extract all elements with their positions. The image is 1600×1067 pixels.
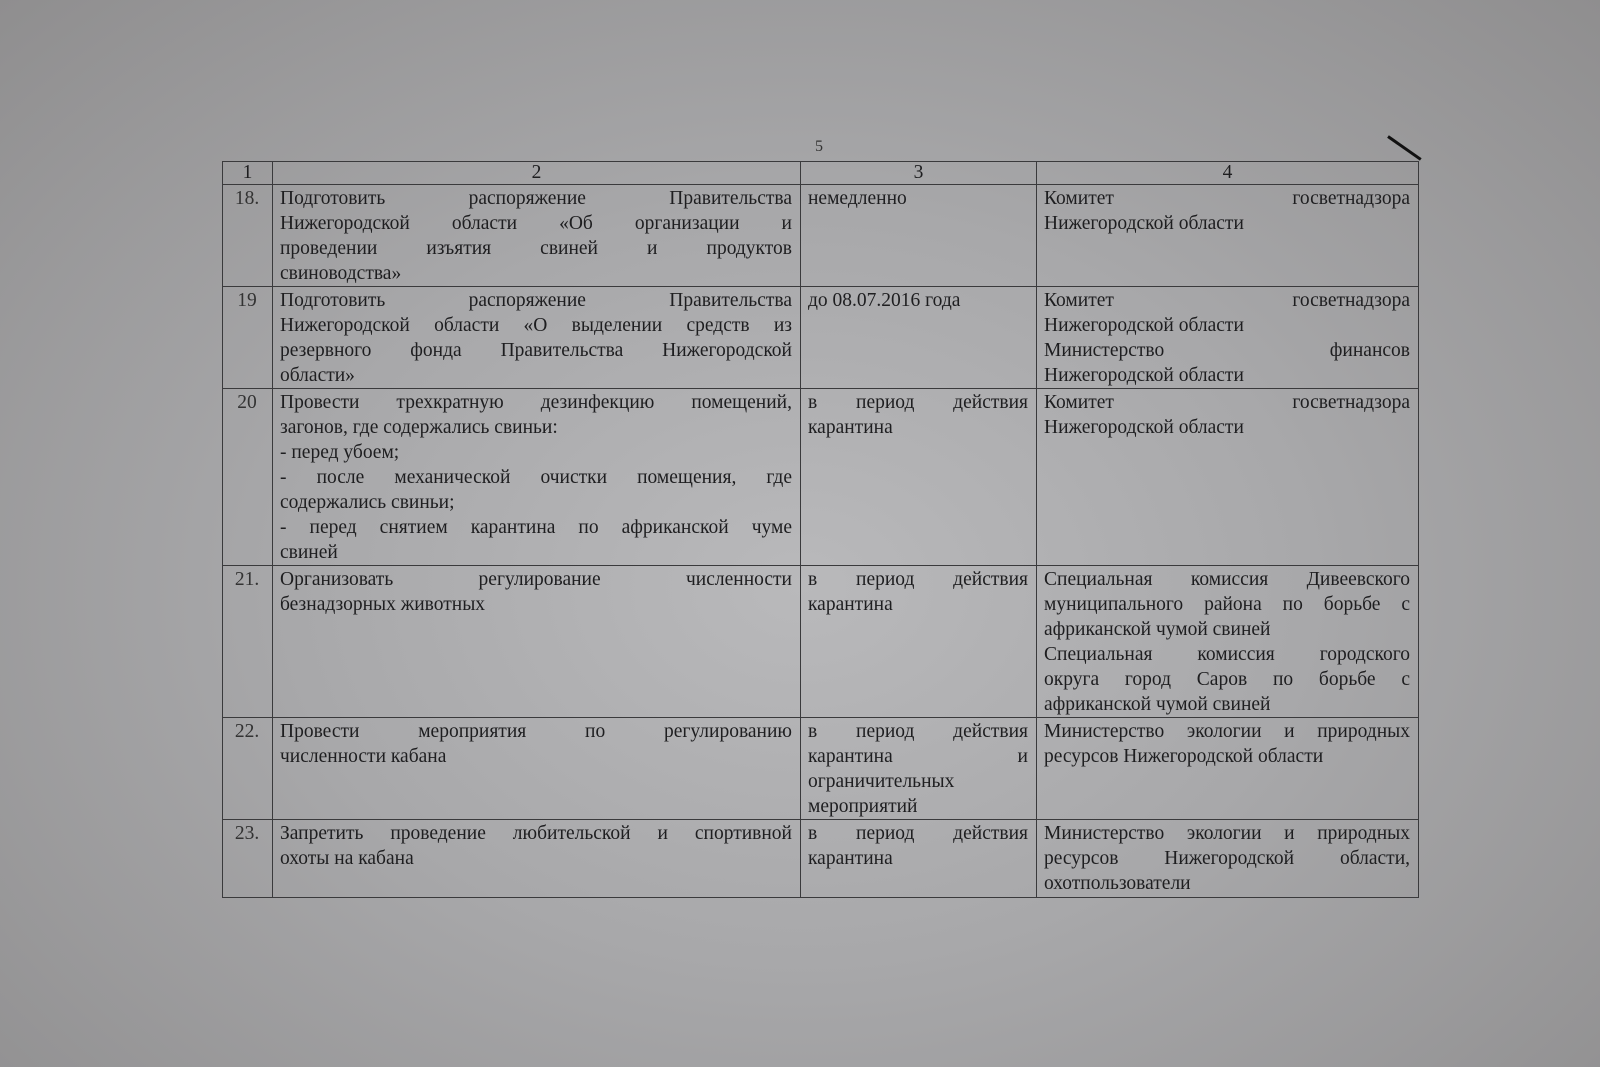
cell-text-line: Специальная комиссия Дивеевского [1044, 567, 1410, 592]
cell-text-line: - перед убоем; [280, 440, 792, 465]
cell-text-line: ресурсов Нижегородской области [1044, 744, 1410, 769]
row-number: 23. [223, 820, 273, 898]
cell-text-line: в период действия [808, 719, 1028, 744]
deadline-cell: в период действиякарантина [801, 566, 1037, 718]
cell-text-line: Организовать регулирование численности [280, 567, 792, 592]
cell-text-line: области» [280, 363, 792, 388]
cell-text-line: - после механической очистки помещения, … [280, 465, 792, 490]
cell-text-line: проведении изъятия свиней и продуктов [280, 236, 792, 261]
cell-text-line: - перед снятием карантина по африканской… [280, 515, 792, 540]
cell-text-line: Комитет госветнадзора [1044, 288, 1410, 313]
deadline-cell: в период действиякарантина иограничитель… [801, 718, 1037, 820]
action-cell: Провести трехкратную дезинфекцию помещен… [273, 389, 801, 566]
cell-text-line: Подготовить распоряжение Правительства [280, 288, 792, 313]
table-row: 18.Подготовить распоряжение Правительств… [223, 185, 1419, 287]
cell-text-line: резервного фонда Правительства Нижегород… [280, 338, 792, 363]
cell-text-line: в период действия [808, 821, 1028, 846]
responsible-cell: Специальная комиссия Дивеевскогомуниципа… [1037, 566, 1419, 718]
cell-text-line: свиней [280, 540, 792, 565]
action-cell: Подготовить распоряжение ПравительстваНи… [273, 185, 801, 287]
cell-text-line: Нижегородской области «О выделении средс… [280, 313, 792, 338]
pen-mark [1387, 135, 1421, 160]
responsible-cell: Комитет госветнадзораНижегородской облас… [1037, 287, 1419, 389]
responsible-cell: Министерство экологии и природныхресурсо… [1037, 820, 1419, 898]
cell-text-line: загонов, где содержались свиньи: [280, 415, 792, 440]
cell-text-line: Комитет госветнадзора [1044, 390, 1410, 415]
header-col-2: 2 [273, 162, 801, 185]
table-row: 21.Организовать регулирование численност… [223, 566, 1419, 718]
action-cell: Запретить проведение любительской и спор… [273, 820, 801, 898]
table-row: 22.Провести мероприятия по регулированию… [223, 718, 1419, 820]
row-number: 22. [223, 718, 273, 820]
header-col-1: 1 [223, 162, 273, 185]
cell-text-line: африканской чумой свиней [1044, 617, 1410, 642]
action-cell: Провести мероприятия по регулированиючис… [273, 718, 801, 820]
measures-table: 1 2 3 4 18.Подготовить распоряжение Прав… [222, 161, 1419, 898]
cell-text-line: округа город Саров по борьбе с [1044, 667, 1410, 692]
cell-text-line: карантина [808, 846, 1028, 871]
cell-text-line: карантина [808, 592, 1028, 617]
table-row: 20Провести трехкратную дезинфекцию помещ… [223, 389, 1419, 566]
cell-text-line: ресурсов Нижегородской области, [1044, 846, 1410, 871]
cell-text-line: карантина [808, 415, 1028, 440]
cell-text-line: ограничительных [808, 769, 1028, 794]
cell-text-line: численности кабана [280, 744, 792, 769]
cell-text-line: Нижегородской области «Об организации и [280, 211, 792, 236]
cell-text-line: Министерство финансов [1044, 338, 1410, 363]
responsible-cell: Комитет госветнадзораНижегородской облас… [1037, 389, 1419, 566]
responsible-cell: Комитет госветнадзораНижегородской облас… [1037, 185, 1419, 287]
cell-text-line: Специальная комиссия городского [1044, 642, 1410, 667]
cell-text-line: безнадзорных животных [280, 592, 792, 617]
cell-text-line: Запретить проведение любительской и спор… [280, 821, 792, 846]
responsible-cell: Министерство экологии и природныхресурсо… [1037, 718, 1419, 820]
cell-text-line: Провести трехкратную дезинфекцию помещен… [280, 390, 792, 415]
cell-text-line: Провести мероприятия по регулированию [280, 719, 792, 744]
deadline-cell: до 08.07.2016 года [801, 287, 1037, 389]
cell-text-line: Нижегородской области [1044, 313, 1410, 338]
action-cell: Подготовить распоряжение ПравительстваНи… [273, 287, 801, 389]
cell-text-line: муниципального района по борьбе с [1044, 592, 1410, 617]
table-header-row: 1 2 3 4 [223, 162, 1419, 185]
cell-text-line: свиноводства» [280, 261, 792, 286]
header-col-4: 4 [1037, 162, 1419, 185]
deadline-cell: в период действиякарантина [801, 820, 1037, 898]
cell-text-line: Министерство экологии и природных [1044, 821, 1410, 846]
row-number: 20 [223, 389, 273, 566]
deadline-cell: в период действиякарантина [801, 389, 1037, 566]
cell-text-line: немедленно [808, 186, 1028, 211]
row-number: 21. [223, 566, 273, 718]
cell-text-line: Нижегородской области [1044, 211, 1410, 236]
cell-text-line: мероприятий [808, 794, 1028, 819]
cell-text-line: Подготовить распоряжение Правительства [280, 186, 792, 211]
cell-text-line: охотпользователи [1044, 871, 1410, 896]
cell-text-line: Комитет госветнадзора [1044, 186, 1410, 211]
row-number: 18. [223, 185, 273, 287]
deadline-cell: немедленно [801, 185, 1037, 287]
cell-text-line: Нижегородской области [1044, 363, 1410, 388]
cell-text-line: Министерство экологии и природных [1044, 719, 1410, 744]
cell-text-line: карантина и [808, 744, 1028, 769]
cell-text-line: в период действия [808, 567, 1028, 592]
action-cell: Организовать регулирование численностибе… [273, 566, 801, 718]
table-row: 23.Запретить проведение любительской и с… [223, 820, 1419, 898]
cell-text-line: содержались свиньи; [280, 490, 792, 515]
cell-text-line: в период действия [808, 390, 1028, 415]
row-number: 19 [223, 287, 273, 389]
table-row: 19Подготовить распоряжение Правительства… [223, 287, 1419, 389]
cell-text-line: африканской чумой свиней [1044, 692, 1410, 717]
page-number: 5 [815, 138, 823, 156]
cell-text-line: до 08.07.2016 года [808, 288, 1028, 313]
header-col-3: 3 [801, 162, 1037, 185]
cell-text-line: охоты на кабана [280, 846, 792, 871]
cell-text-line: Нижегородской области [1044, 415, 1410, 440]
